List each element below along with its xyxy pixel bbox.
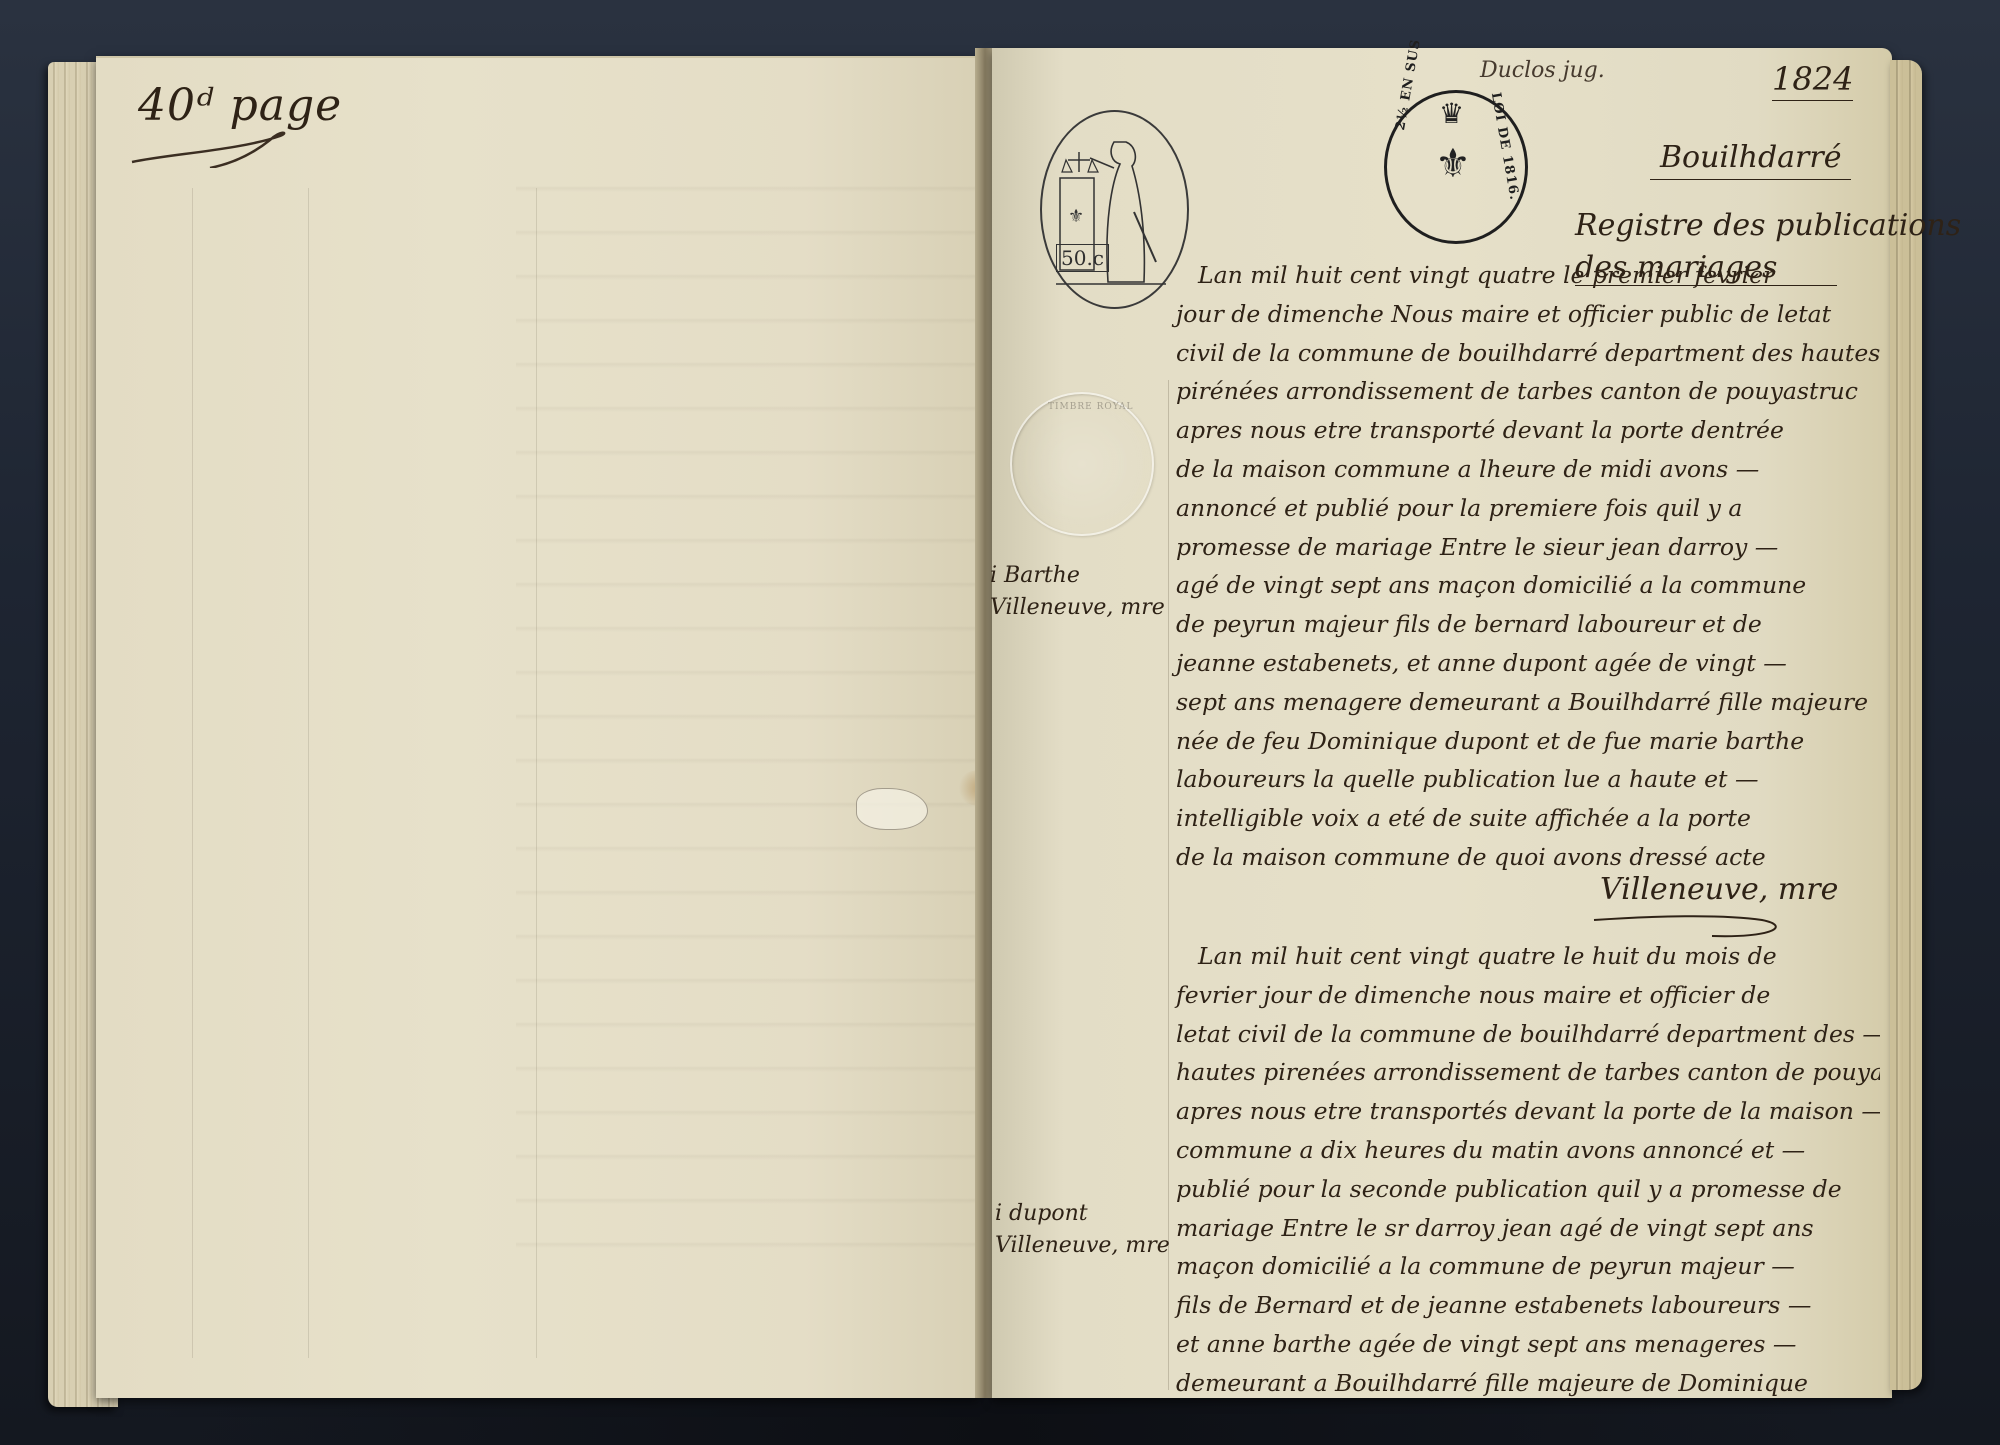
entry-line: hautes pirenées arrondissement de tarbes…	[1168, 1053, 1880, 1092]
entry-line: promesse de mariage Entre le sieur jean …	[1168, 528, 1880, 567]
entry-line: jeanne estabenets, et anne dupont agée d…	[1168, 644, 1880, 683]
top-annotation: Duclos jug.	[1480, 58, 1605, 83]
entry-line: commune a dix heures du matin avons anno…	[1168, 1131, 1880, 1170]
right-page-stack-edge	[1890, 60, 1922, 1390]
register-year: 1824	[1772, 60, 1853, 101]
entry-line: annoncé et publié pour la premiere fois …	[1168, 489, 1880, 528]
entry-line: de la maison commune a lheure de midi av…	[1168, 450, 1880, 489]
entry-line: mariage Entre le sr darroy jean agé de v…	[1168, 1209, 1880, 1248]
entry-line: de peyrun majeur fils de bernard laboure…	[1168, 605, 1880, 644]
margin-note-signature: Villeneuve, mre	[995, 1230, 1170, 1262]
entry-line: laboureurs la quelle publication lue a h…	[1168, 760, 1880, 799]
entry-line: fevrier jour de dimenche nous maire et o…	[1168, 976, 1880, 1015]
entry-line: maçon domicilié a la commune de peyrun m…	[1168, 1247, 1880, 1286]
entry-line: agé de vingt sept ans maçon domicilié a …	[1168, 566, 1880, 605]
ruled-margin-line	[192, 188, 193, 1358]
fleur-de-lis-icon: ⚜	[1435, 141, 1471, 187]
left-page	[96, 56, 980, 1398]
entry-line: apres nous etre transporté devant la por…	[1168, 411, 1880, 450]
stamp-value: 50.c	[1056, 244, 1109, 272]
margin-note-entry-2: i dupont Villeneuve, mre	[995, 1198, 1170, 1262]
margin-note-entry-1: i Barthe Villeneuve, mre	[990, 560, 1165, 624]
entry-line: et anne barthe agée de vingt sept ans me…	[1168, 1325, 1880, 1364]
entry-line: intelligible voix a eté de suite affiché…	[1168, 799, 1880, 838]
entry-line: publié pour la seconde publication quil …	[1168, 1170, 1880, 1209]
bleed-through-text	[516, 148, 1016, 1248]
fiscal-stamp-justice-icon: ⚜ 50.c	[1040, 110, 1189, 309]
paper-tear	[856, 788, 928, 830]
entry-line: de la maison commune de quoi avons dress…	[1168, 838, 1880, 877]
commune-name: Bouilhdarré	[1650, 140, 1851, 180]
embossed-stamp-legend: TIMBRE ROYAL	[1048, 402, 1133, 412]
register-title-line1: Registre des publications	[1575, 208, 1961, 243]
entry-line: pirénées arrondissement de tarbes canton…	[1168, 372, 1880, 411]
entry-line: fils de Bernard et de jeanne estabenets …	[1168, 1286, 1880, 1325]
mayor-signature: Villeneuve, mre	[1600, 872, 1838, 907]
crown-icon: ♛	[1439, 97, 1464, 130]
flourish-underline-icon	[130, 128, 290, 168]
margin-note-name: i dupont	[995, 1198, 1170, 1230]
margin-note-name: i Barthe	[990, 560, 1165, 592]
entry-line: Lan mil huit cent vingt quatre le huit d…	[1168, 937, 1880, 976]
margin-note-signature: Villeneuve, mre	[990, 592, 1165, 624]
entry-line: civil de la commune de bouilhdarré depar…	[1168, 334, 1880, 373]
entry-line: letat civil de la commune de bouilhdarré…	[1168, 1015, 1880, 1054]
entry-line: apres nous etre transportés devant la po…	[1168, 1092, 1880, 1131]
page-number: 40ᵈ page	[138, 80, 342, 131]
signature-flourish-icon	[1592, 906, 1802, 940]
royal-stamp-fleur-de-lis-icon: ♛ ⚜ 2½ EN SUS LOI DE 1816.	[1384, 90, 1528, 244]
entry-line: née de feu Dominique dupont et de fue ma…	[1168, 722, 1880, 761]
entry-2-text: Lan mil huit cent vingt quatre le huit d…	[1168, 937, 1880, 1403]
entry-line: demeurant a Bouilhdarré fille majeure de…	[1168, 1364, 1880, 1403]
embossed-dry-stamp: TIMBRE ROYAL	[1010, 392, 1154, 536]
svg-text:⚜: ⚜	[1068, 206, 1084, 227]
entry-1-text: Lan mil huit cent vingt quatre le premie…	[1168, 256, 1880, 877]
entry-line: sept ans menagere demeurant a Bouilhdarr…	[1168, 683, 1880, 722]
ruled-margin-line	[308, 188, 309, 1358]
entry-line: Lan mil huit cent vingt quatre le premie…	[1168, 256, 1880, 295]
entry-line: jour de dimenche Nous maire et officier …	[1168, 295, 1880, 334]
